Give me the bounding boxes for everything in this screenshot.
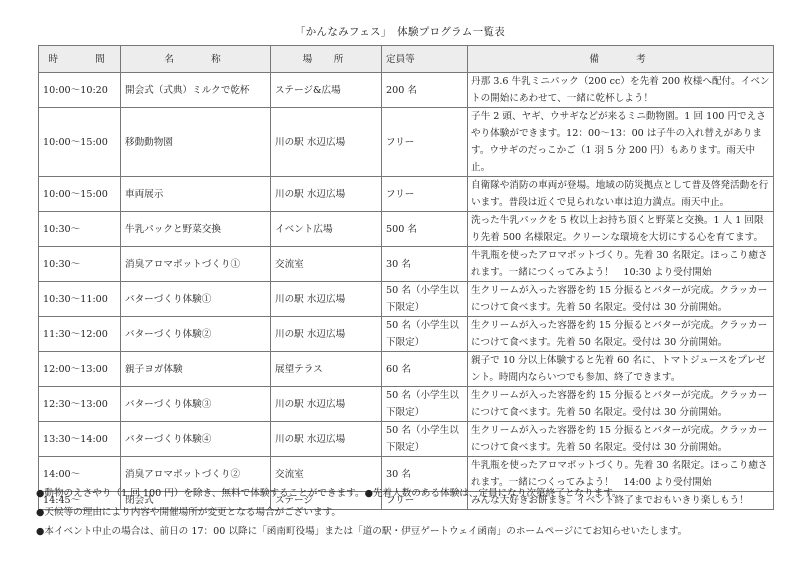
name-cell: 車両展示	[121, 177, 271, 212]
place-cell: ステージ&広場	[271, 73, 382, 108]
time-cell: 12:00〜13:00	[39, 352, 121, 387]
header-time: 時 間	[39, 46, 121, 73]
footnote: ●本イベント中止の場合は、前日の 17：00 以降に「函南町役場」または「道の駅…	[36, 522, 687, 541]
capacity-cell: 50 名（小学生以下限定）	[382, 282, 468, 317]
time-cell: 11:30〜12:00	[39, 317, 121, 352]
time-cell: 10:00〜15:00	[39, 108, 121, 177]
footnote: ●天候等の理由により内容や開催場所が変更となる場合がございます。	[36, 503, 687, 522]
header-place: 場 所	[271, 46, 382, 73]
footnotes: ●動物のえさやり（1 回 100 円）を除き、無料で体験することができます。●先…	[36, 484, 687, 541]
place-cell: 川の駅 水辺広場	[271, 317, 382, 352]
place-cell: 川の駅 水辺広場	[271, 177, 382, 212]
note-cell: 牛乳瓶を使ったアロマポットづくり。先着 30 名限定。ほっこり癒されます。一緒に…	[468, 247, 774, 282]
table-row: 12:30〜13:00バターづくり体験③川の駅 水辺広場50 名（小学生以下限定…	[39, 387, 774, 422]
note-cell: 自衛隊や消防の車両が登場。地域の防災拠点として普及啓発活動を行います。普段は近く…	[468, 177, 774, 212]
name-cell: バターづくり体験②	[121, 317, 271, 352]
program-table: 時 間 名 称 場 所 定員等 備 考 10:00〜10:20開会式（式典）ミル…	[38, 45, 774, 510]
document-title: 「かんなみフェス」 体験プログラム一覧表	[0, 24, 800, 39]
place-cell: 展望テラス	[271, 352, 382, 387]
note-cell: 生クリームが入った容器を約 15 分振るとバターが完成。クラッカーにつけて食べま…	[468, 282, 774, 317]
capacity-cell: フリー	[382, 177, 468, 212]
place-cell: 川の駅 水辺広場	[271, 282, 382, 317]
note-cell: 生クリームが入った容器を約 15 分振るとバターが完成。クラッカーにつけて食べま…	[468, 422, 774, 457]
capacity-cell: 60 名	[382, 352, 468, 387]
time-cell: 13:30〜14:00	[39, 422, 121, 457]
table-row: 10:00〜15:00車両展示川の駅 水辺広場フリー自衛隊や消防の車両が登場。地…	[39, 177, 774, 212]
name-cell: バターづくり体験③	[121, 387, 271, 422]
time-cell: 10:30〜	[39, 212, 121, 247]
place-cell: 川の駅 水辺広場	[271, 387, 382, 422]
name-cell: 親子ヨガ体験	[121, 352, 271, 387]
table-row: 11:30〜12:00バターづくり体験②川の駅 水辺広場50 名（小学生以下限定…	[39, 317, 774, 352]
capacity-cell: 50 名（小学生以下限定）	[382, 317, 468, 352]
table-row: 13:30〜14:00バターづくり体験④川の駅 水辺広場50 名（小学生以下限定…	[39, 422, 774, 457]
note-cell: 洗った牛乳パックを 5 枚以上お持ち頂くと野菜と交換。1 人 1 回限り先着 5…	[468, 212, 774, 247]
capacity-cell: 50 名（小学生以下限定）	[382, 387, 468, 422]
name-cell: 消臭アロマポットづくり①	[121, 247, 271, 282]
name-cell: 開会式（式典）ミルクで乾杯	[121, 73, 271, 108]
name-cell: 牛乳パックと野菜交換	[121, 212, 271, 247]
place-cell: イベント広場	[271, 212, 382, 247]
name-cell: バターづくり体験④	[121, 422, 271, 457]
place-cell: 川の駅 水辺広場	[271, 422, 382, 457]
table-row: 12:00〜13:00親子ヨガ体験展望テラス60 名親子で 10 分以上体験する…	[39, 352, 774, 387]
header-note: 備 考	[468, 46, 774, 73]
capacity-cell: 500 名	[382, 212, 468, 247]
note-cell: 子牛 2 頭、ヤギ、ウサギなどが来るミニ動物園。1 回 100 円でえさやり体験…	[468, 108, 774, 177]
note-cell: 親子で 10 分以上体験すると先着 60 名に、トマトジュースをプレゼント。時間…	[468, 352, 774, 387]
time-cell: 10:30〜	[39, 247, 121, 282]
name-cell: 移動動物園	[121, 108, 271, 177]
note-cell: 丹那 3.6 牛乳ミニパック（200 cc）を先着 200 枚様へ配付。イベント…	[468, 73, 774, 108]
capacity-cell: 30 名	[382, 247, 468, 282]
header-name: 名 称	[121, 46, 271, 73]
place-cell: 川の駅 水辺広場	[271, 108, 382, 177]
capacity-cell: フリー	[382, 108, 468, 177]
place-cell: 交流室	[271, 247, 382, 282]
time-cell: 10:00〜15:00	[39, 177, 121, 212]
table-row: 10:30〜11:00バターづくり体験①川の駅 水辺広場50 名（小学生以下限定…	[39, 282, 774, 317]
footnote: ●動物のえさやり（1 回 100 円）を除き、無料で体験することができます。●先…	[36, 484, 687, 503]
header-capacity: 定員等	[382, 46, 468, 73]
capacity-cell: 200 名	[382, 73, 468, 108]
name-cell: バターづくり体験①	[121, 282, 271, 317]
table-header-row: 時 間 名 称 場 所 定員等 備 考	[39, 46, 774, 73]
time-cell: 12:30〜13:00	[39, 387, 121, 422]
note-cell: 生クリームが入った容器を約 15 分振るとバターが完成。クラッカーにつけて食べま…	[468, 317, 774, 352]
time-cell: 10:00〜10:20	[39, 73, 121, 108]
time-cell: 10:30〜11:00	[39, 282, 121, 317]
table-row: 10:30〜牛乳パックと野菜交換イベント広場500 名洗った牛乳パックを 5 枚…	[39, 212, 774, 247]
note-cell: 生クリームが入った容器を約 15 分振るとバターが完成。クラッカーにつけて食べま…	[468, 387, 774, 422]
capacity-cell: 50 名（小学生以下限定）	[382, 422, 468, 457]
table-row: 10:00〜10:20開会式（式典）ミルクで乾杯ステージ&広場200 名丹那 3…	[39, 73, 774, 108]
table-row: 10:00〜15:00移動動物園川の駅 水辺広場フリー子牛 2 頭、ヤギ、ウサギ…	[39, 108, 774, 177]
table-row: 10:30〜消臭アロマポットづくり①交流室30 名牛乳瓶を使ったアロマポットづく…	[39, 247, 774, 282]
